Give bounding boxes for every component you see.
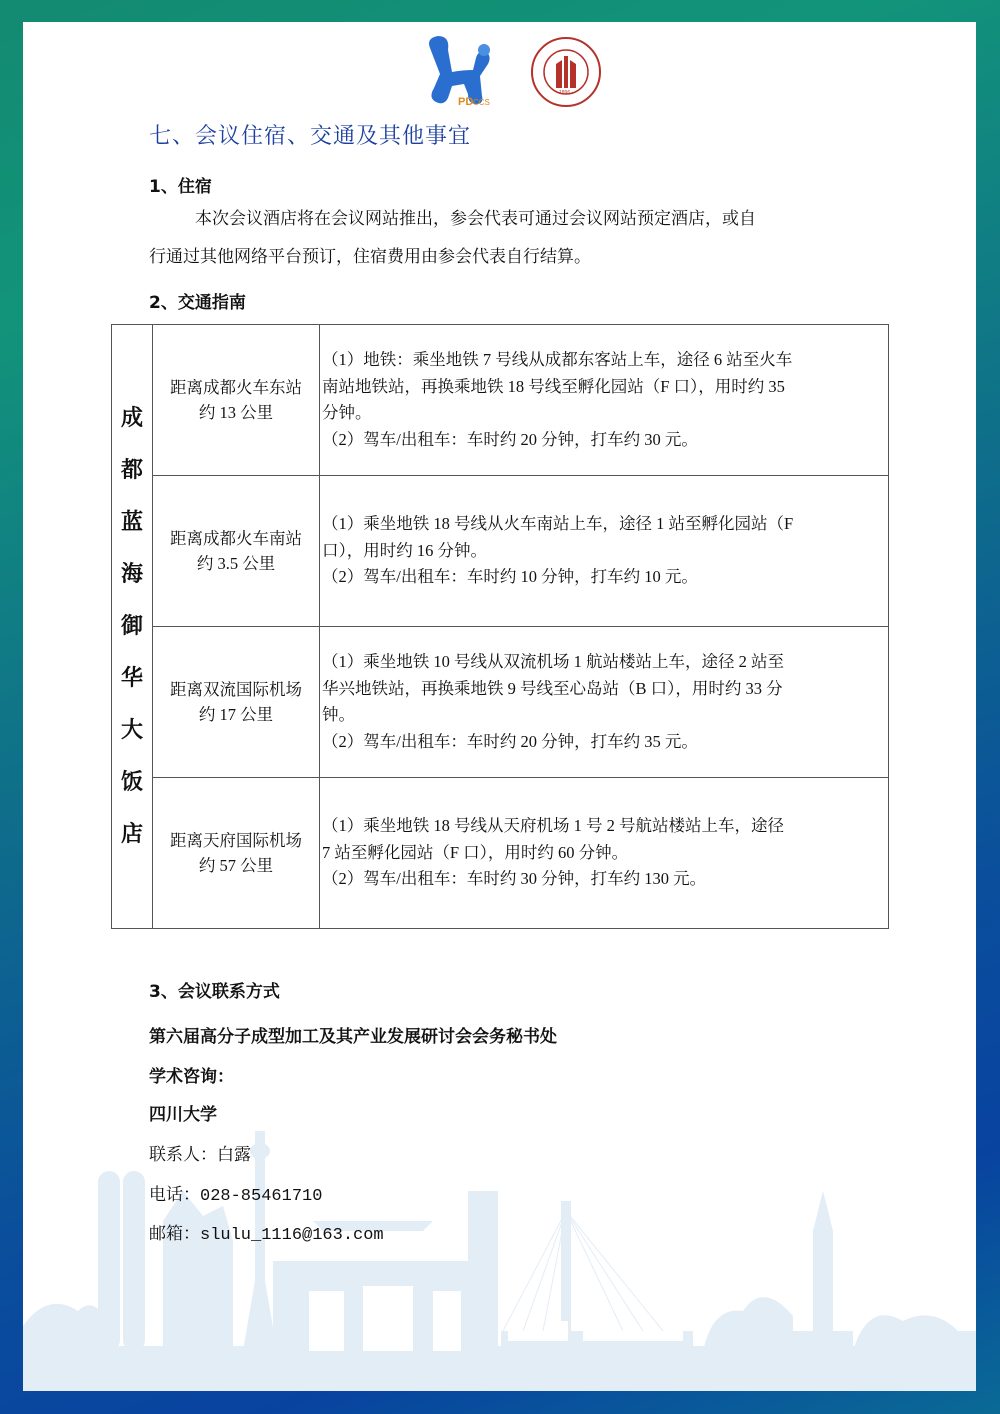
hotel-char: 大 (112, 705, 152, 757)
accommodation-line-2: 行通过其他网络平台预订，住宿费用由参会代表自行结算。 (149, 247, 591, 266)
academic-inquiry-label: 学术咨询： (149, 1062, 234, 1087)
route-cell: （1）乘坐地铁 18 号线从天府机场 1 号 2 号航站楼站上车，途径 7 站至… (320, 778, 889, 929)
route-line: （1）地铁：乘坐地铁 7 号线从成都东客站上车，途径 6 站至火车 (322, 347, 886, 374)
route-line: 华兴地铁站，再换乘地铁 9 号线至心岛站（B 口），用时约 33 分 (322, 676, 886, 703)
contact-heading: 3、会议联系方式 (149, 977, 280, 1002)
table-row: 距离天府国际机场 约 57 公里 （1）乘坐地铁 18 号线从天府机场 1 号 … (112, 778, 889, 929)
document-page: PD CCS 1896 七、会议住宿、交通及其他事宜 1、住宿 本次会议酒店将在… (23, 22, 976, 1391)
transport-heading: 2、交通指南 (149, 288, 246, 313)
route-line: 7 站至孵化园站（F 口），用时约 60 分钟。 (322, 840, 886, 867)
distance-label: 距离天府国际机场 (153, 828, 319, 853)
email-label: 邮箱： (149, 1224, 200, 1243)
distance-label: 距离成都火车南站 (153, 526, 319, 551)
route-line: （1）乘坐地铁 18 号线从火车南站上车，途径 1 站至孵化园站（F (322, 511, 886, 538)
route-line: （2）驾车/出租车：车时约 10 分钟，打车约 10 元。 (322, 564, 886, 591)
hotel-char: 都 (112, 445, 152, 497)
accommodation-heading: 1、住宿 (149, 172, 212, 197)
contact-person-value: 白露 (217, 1145, 251, 1164)
distance-value: 约 13 公里 (153, 400, 319, 425)
route-line: （2）驾车/出租车：车时约 30 分钟，打车约 130 元。 (322, 866, 886, 893)
contact-person: 联系人：白露 (149, 1140, 251, 1165)
contact-email: 邮箱：slulu_1116@163.com (149, 1219, 384, 1245)
distance-label: 距离双流国际机场 (153, 677, 319, 702)
accommodation-line-1: 本次会议酒店将在会议网站推出，参会代表可通过会议网站预定酒店，或自 (195, 209, 756, 228)
table-row: 成 都 蓝 海 御 华 大 饭 店 距离成都火车东站 约 13 公里 （1）地铁… (112, 325, 889, 476)
route-line: （1）乘坐地铁 18 号线从天府机场 1 号 2 号航站楼站上车，途径 (322, 813, 886, 840)
hotel-char: 御 (112, 601, 152, 653)
route-line: 钟。 (322, 702, 886, 729)
contact-phone: 电话：028-85461710 (149, 1180, 322, 1206)
sichuan-university-seal: 1896 (532, 38, 600, 106)
city-skyline-illustration (23, 1131, 976, 1391)
route-line: 口），用时约 16 分钟。 (322, 538, 886, 565)
distance-cell: 距离天府国际机场 约 57 公里 (153, 778, 320, 929)
route-line: （1）乘坐地铁 10 号线从双流机场 1 航站楼站上车，途径 2 站至 (322, 649, 886, 676)
table-row: 距离成都火车南站 约 3.5 公里 （1）乘坐地铁 18 号线从火车南站上车，途… (112, 476, 889, 627)
hotel-name-cell: 成 都 蓝 海 御 华 大 饭 店 (112, 325, 153, 929)
university-name: 四川大学 (149, 1100, 217, 1125)
phone-value: 028-85461710 (200, 1187, 322, 1206)
hotel-char: 海 (112, 549, 152, 601)
route-line: 分钟。 (322, 400, 886, 427)
hotel-char: 成 (112, 393, 152, 445)
hotel-char: 华 (112, 653, 152, 705)
email-value[interactable]: slulu_1116@163.com (200, 1226, 384, 1245)
phone-label: 电话： (149, 1185, 200, 1204)
distance-cell: 距离双流国际机场 约 17 公里 (153, 627, 320, 778)
organizer-name: 第六届高分子成型加工及其产业发展研讨会会务秘书处 (149, 1022, 557, 1047)
transport-table: 成 都 蓝 海 御 华 大 饭 店 距离成都火车东站 约 13 公里 （1）地铁… (111, 324, 889, 929)
section-title: 七、会议住宿、交通及其他事宜 (149, 119, 471, 150)
distance-cell: 距离成都火车东站 约 13 公里 (153, 325, 320, 476)
distance-cell: 距离成都火车南站 约 3.5 公里 (153, 476, 320, 627)
pdccs-logo: PD CCS (429, 36, 490, 108)
route-line: （2）驾车/出租车：车时约 20 分钟，打车约 30 元。 (322, 427, 886, 454)
distance-value: 约 57 公里 (153, 853, 319, 878)
hotel-char: 店 (112, 809, 152, 861)
hotel-char: 饭 (112, 757, 152, 809)
header-logos: PD CCS 1896 (418, 30, 628, 115)
route-line: 南站地铁站，再换乘地铁 18 号线至孵化园站（F 口），用时约 35 (322, 374, 886, 401)
distance-label: 距离成都火车东站 (153, 375, 319, 400)
svg-text:1896: 1896 (559, 90, 570, 96)
distance-value: 约 3.5 公里 (153, 551, 319, 576)
svg-text:CCS: CCS (473, 98, 490, 107)
route-cell: （1）地铁：乘坐地铁 7 号线从成都东客站上车，途径 6 站至火车 南站地铁站，… (320, 325, 889, 476)
accommodation-text: 本次会议酒店将在会议网站推出，参会代表可通过会议网站预定酒店，或自 行通过其他网… (149, 200, 869, 276)
table-row: 距离双流国际机场 约 17 公里 （1）乘坐地铁 10 号线从双流机场 1 航站… (112, 627, 889, 778)
svg-text:PD: PD (458, 96, 473, 108)
hotel-char: 蓝 (112, 497, 152, 549)
contact-person-label: 联系人： (149, 1145, 217, 1164)
route-cell: （1）乘坐地铁 18 号线从火车南站上车，途径 1 站至孵化园站（F 口），用时… (320, 476, 889, 627)
route-line: （2）驾车/出租车：车时约 20 分钟，打车约 35 元。 (322, 729, 886, 756)
distance-value: 约 17 公里 (153, 702, 319, 727)
route-cell: （1）乘坐地铁 10 号线从双流机场 1 航站楼站上车，途径 2 站至 华兴地铁… (320, 627, 889, 778)
